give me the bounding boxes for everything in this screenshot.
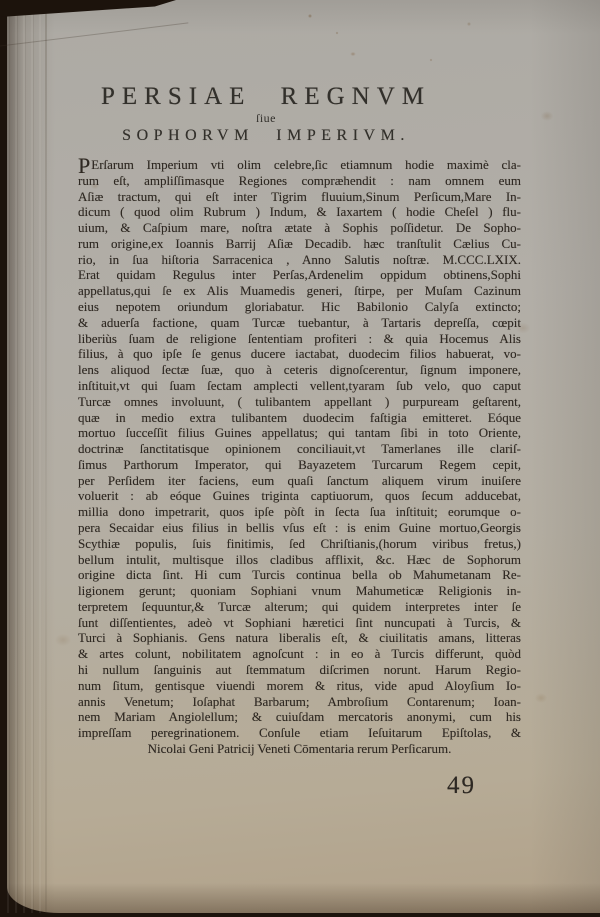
body-line: bellum intulit, multisque illos cladibus… — [78, 552, 521, 568]
body-line: pera Secaidar eius filius in bellis vſus… — [78, 520, 521, 536]
body-line: appellatus,qui ſe ex Alis Muamedis gener… — [78, 283, 521, 299]
body-line: origine dicta ſint. Hi cum Turcis contin… — [78, 567, 521, 583]
body-line: rum origine,ex Ioannis Barrij Aſiæ Decad… — [78, 236, 521, 252]
page-subtitle: SOPHORVM IMPERIVM. — [31, 127, 501, 145]
body-line: eius nepotem oriundum gloriabatur. Hic B… — [78, 299, 521, 315]
roman-numeral-date: M.CCC.LXIX — [443, 252, 518, 267]
body-line: PErſarum Imperium vti olim celebre,ſic e… — [78, 157, 521, 173]
body-line: num ſitum, gentisque viuendi morem & rit… — [78, 678, 521, 694]
body-line: Nicolai Geni Patricij Veneti Cōmentaria … — [78, 741, 521, 757]
page-number: 49 — [447, 772, 476, 800]
body-line: Erat quidam Regulus inter Perſas,Ardenel… — [78, 267, 521, 283]
body-line: millia dono impetrarit, quos ipſe pòſt i… — [78, 504, 521, 520]
book-page: PERSIAE REGNVM ſiue SOPHORVM IMPERIVM. P… — [7, 0, 600, 913]
body-line: doctrinæ ſanctitatisque opinionem concil… — [78, 441, 521, 457]
drop-cap: P — [78, 157, 91, 173]
body-line: impreſſam peregrinationem. Conſule etiam… — [78, 725, 521, 741]
body-line: Turci à Sophianis. Gens natura liberalis… — [78, 630, 521, 646]
body-line: rio, in ſua hiſtoria Sarracenica , Anno … — [78, 252, 521, 268]
title-sive: ſiue — [31, 112, 501, 125]
body-line: uium, & Caſpium mare, noſtra ætate à Sop… — [78, 220, 521, 236]
body-line: voluerit : ab eóque Guines triginta capt… — [78, 488, 521, 504]
body-line: nem Mariam Angiolellum; & cuiuſdam merca… — [78, 709, 521, 725]
body-line: inſtituit,vt qui ſuam ſectam amplecti ve… — [78, 378, 521, 394]
body-line: Aſiæ tractum, qui eſt inter Tigrim fluui… — [78, 189, 521, 205]
page-title: PERSIAE REGNVM — [31, 84, 501, 110]
photo-background: PERSIAE REGNVM ſiue SOPHORVM IMPERIVM. P… — [0, 0, 600, 917]
body-line: ligionem gerunt; quoniam Sophiani vnum M… — [78, 583, 521, 599]
body-line: per Perſidem iter faciens, eum quaſi ſan… — [78, 473, 521, 489]
body-line: Turcæ omnes involuunt, ( tulibantem appe… — [78, 394, 521, 410]
body-line: ſunt diſſentientes, adeò vt Sophiani hær… — [78, 615, 521, 631]
body-line: filius, à quo ipſe ſe genus ducere iacta… — [78, 346, 521, 362]
body-line: & aduerſa factione, quam Turcæ tuebantur… — [78, 315, 521, 331]
title-block: PERSIAE REGNVM ſiue SOPHORVM IMPERIVM. — [31, 84, 501, 145]
body-line: annis Venetum; Ioſaphat Barbarum; Ambroſ… — [78, 694, 521, 710]
body-line: rum eſt, ampliſſimasque Regiones compræh… — [78, 173, 521, 189]
body-line: hi nullum ſanguinis aut ſtemmatum diſcri… — [78, 662, 521, 678]
corner-crease — [0, 22, 188, 46]
body-line: terpretem ſequuntur,& Turcæ alterum; qui… — [78, 599, 521, 615]
body-line: dicum ( quod olim Rubrum ) Indum, & Iaxa… — [78, 204, 521, 220]
body-text: PErſarum Imperium vti olim celebre,ſic e… — [78, 157, 521, 757]
body-line: mortuo ſucceſſit filius Guines appellatu… — [78, 425, 521, 441]
body-line: liberiùs ſuam de religione ſententiam pr… — [78, 331, 521, 347]
body-line: Scythiæ populis, ſuis finitimis, ſed Chr… — [78, 536, 521, 552]
body-line: & artes colunt, nobilitatem agnoſcunt : … — [78, 646, 521, 662]
body-line: ſimus Parthorum Imperator, qui Bayazetem… — [78, 457, 521, 473]
body-line: quæ in medio extra tulibantem duodecim f… — [78, 410, 521, 426]
body-line: lens aliquod ſectæ ſuæ, quo à ceteris di… — [78, 362, 521, 378]
